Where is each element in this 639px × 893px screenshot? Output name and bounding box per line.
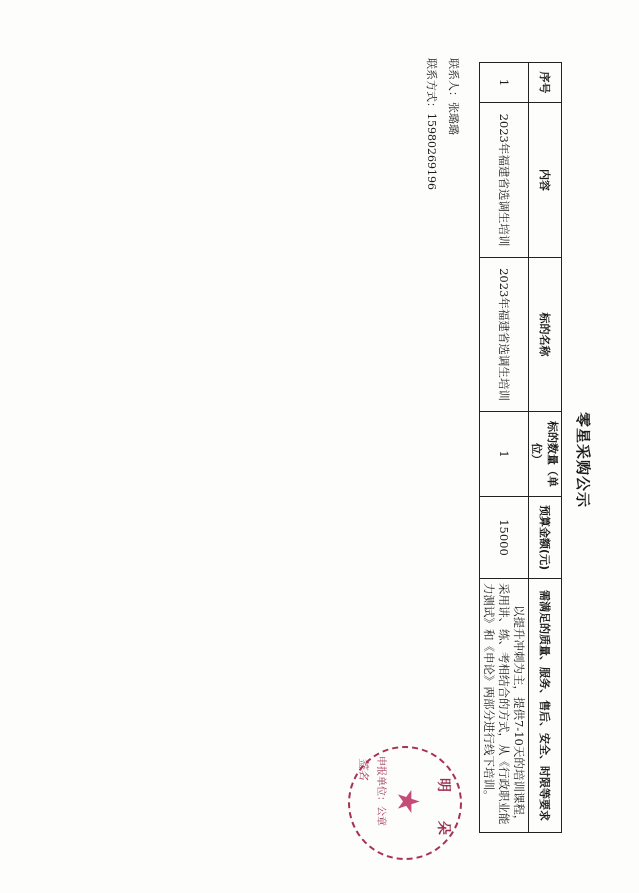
header-content: 内容 bbox=[529, 103, 562, 258]
requirements-text: 以提升冲刺为主，提供7-10天的培训课程，采用讲、练、考相结合的方式，从《行政职… bbox=[483, 583, 527, 826]
header-budget: 预算金额(元) bbox=[529, 497, 562, 579]
star-icon: ★ bbox=[392, 788, 422, 815]
header-item-name: 标的名称 bbox=[529, 258, 562, 412]
official-seal: 明 朵 ★ 申报单位：公章 签名 bbox=[348, 746, 462, 860]
contact-phone-number: 15980269196 bbox=[425, 113, 438, 190]
seal-middle-text: 申报单位：公章 bbox=[375, 756, 390, 826]
cell-item-name: 2023年福建省选调生培训 bbox=[480, 258, 529, 412]
contact-phone: 联系方式：15980269196 bbox=[424, 58, 440, 190]
document-page: 零星采购公示 序号 内容 标的名称 标的数量（单位） 预算金额(元) 需满足的质… bbox=[0, 0, 600, 893]
seal-top-text: 明 朵 bbox=[434, 778, 454, 847]
cell-index: 1 bbox=[480, 63, 529, 103]
cell-content: 2023年福建省选调生培训 bbox=[480, 103, 529, 258]
contact-person: 联系人：张璐璐 bbox=[446, 58, 462, 135]
page-title: 零星采购公示 bbox=[573, 400, 594, 520]
header-quantity: 标的数量（单位） bbox=[529, 412, 562, 497]
procurement-table: 序号 内容 标的名称 标的数量（单位） 预算金额(元) 需满足的质量、服务、售后… bbox=[479, 62, 562, 833]
header-requirements: 需满足的质量、服务、售后、安全、时限等要求 bbox=[529, 579, 562, 833]
header-index: 序号 bbox=[529, 63, 562, 103]
contact-person-name: 张璐璐 bbox=[447, 102, 460, 135]
table-header-row: 序号 内容 标的名称 标的数量（单位） 预算金额(元) 需满足的质量、服务、售后… bbox=[529, 63, 562, 833]
contact-phone-label: 联系方式： bbox=[425, 58, 438, 113]
cell-requirements: 以提升冲刺为主，提供7-10天的培训课程，采用讲、练、考相结合的方式，从《行政职… bbox=[480, 579, 529, 833]
seal-signature: 签名 bbox=[356, 758, 372, 780]
cell-budget: 15000 bbox=[480, 497, 529, 579]
cell-quantity: 1 bbox=[480, 412, 529, 497]
table-row: 1 2023年福建省选调生培训 2023年福建省选调生培训 1 15000 以提… bbox=[480, 63, 529, 833]
contact-person-label: 联系人： bbox=[447, 58, 460, 102]
